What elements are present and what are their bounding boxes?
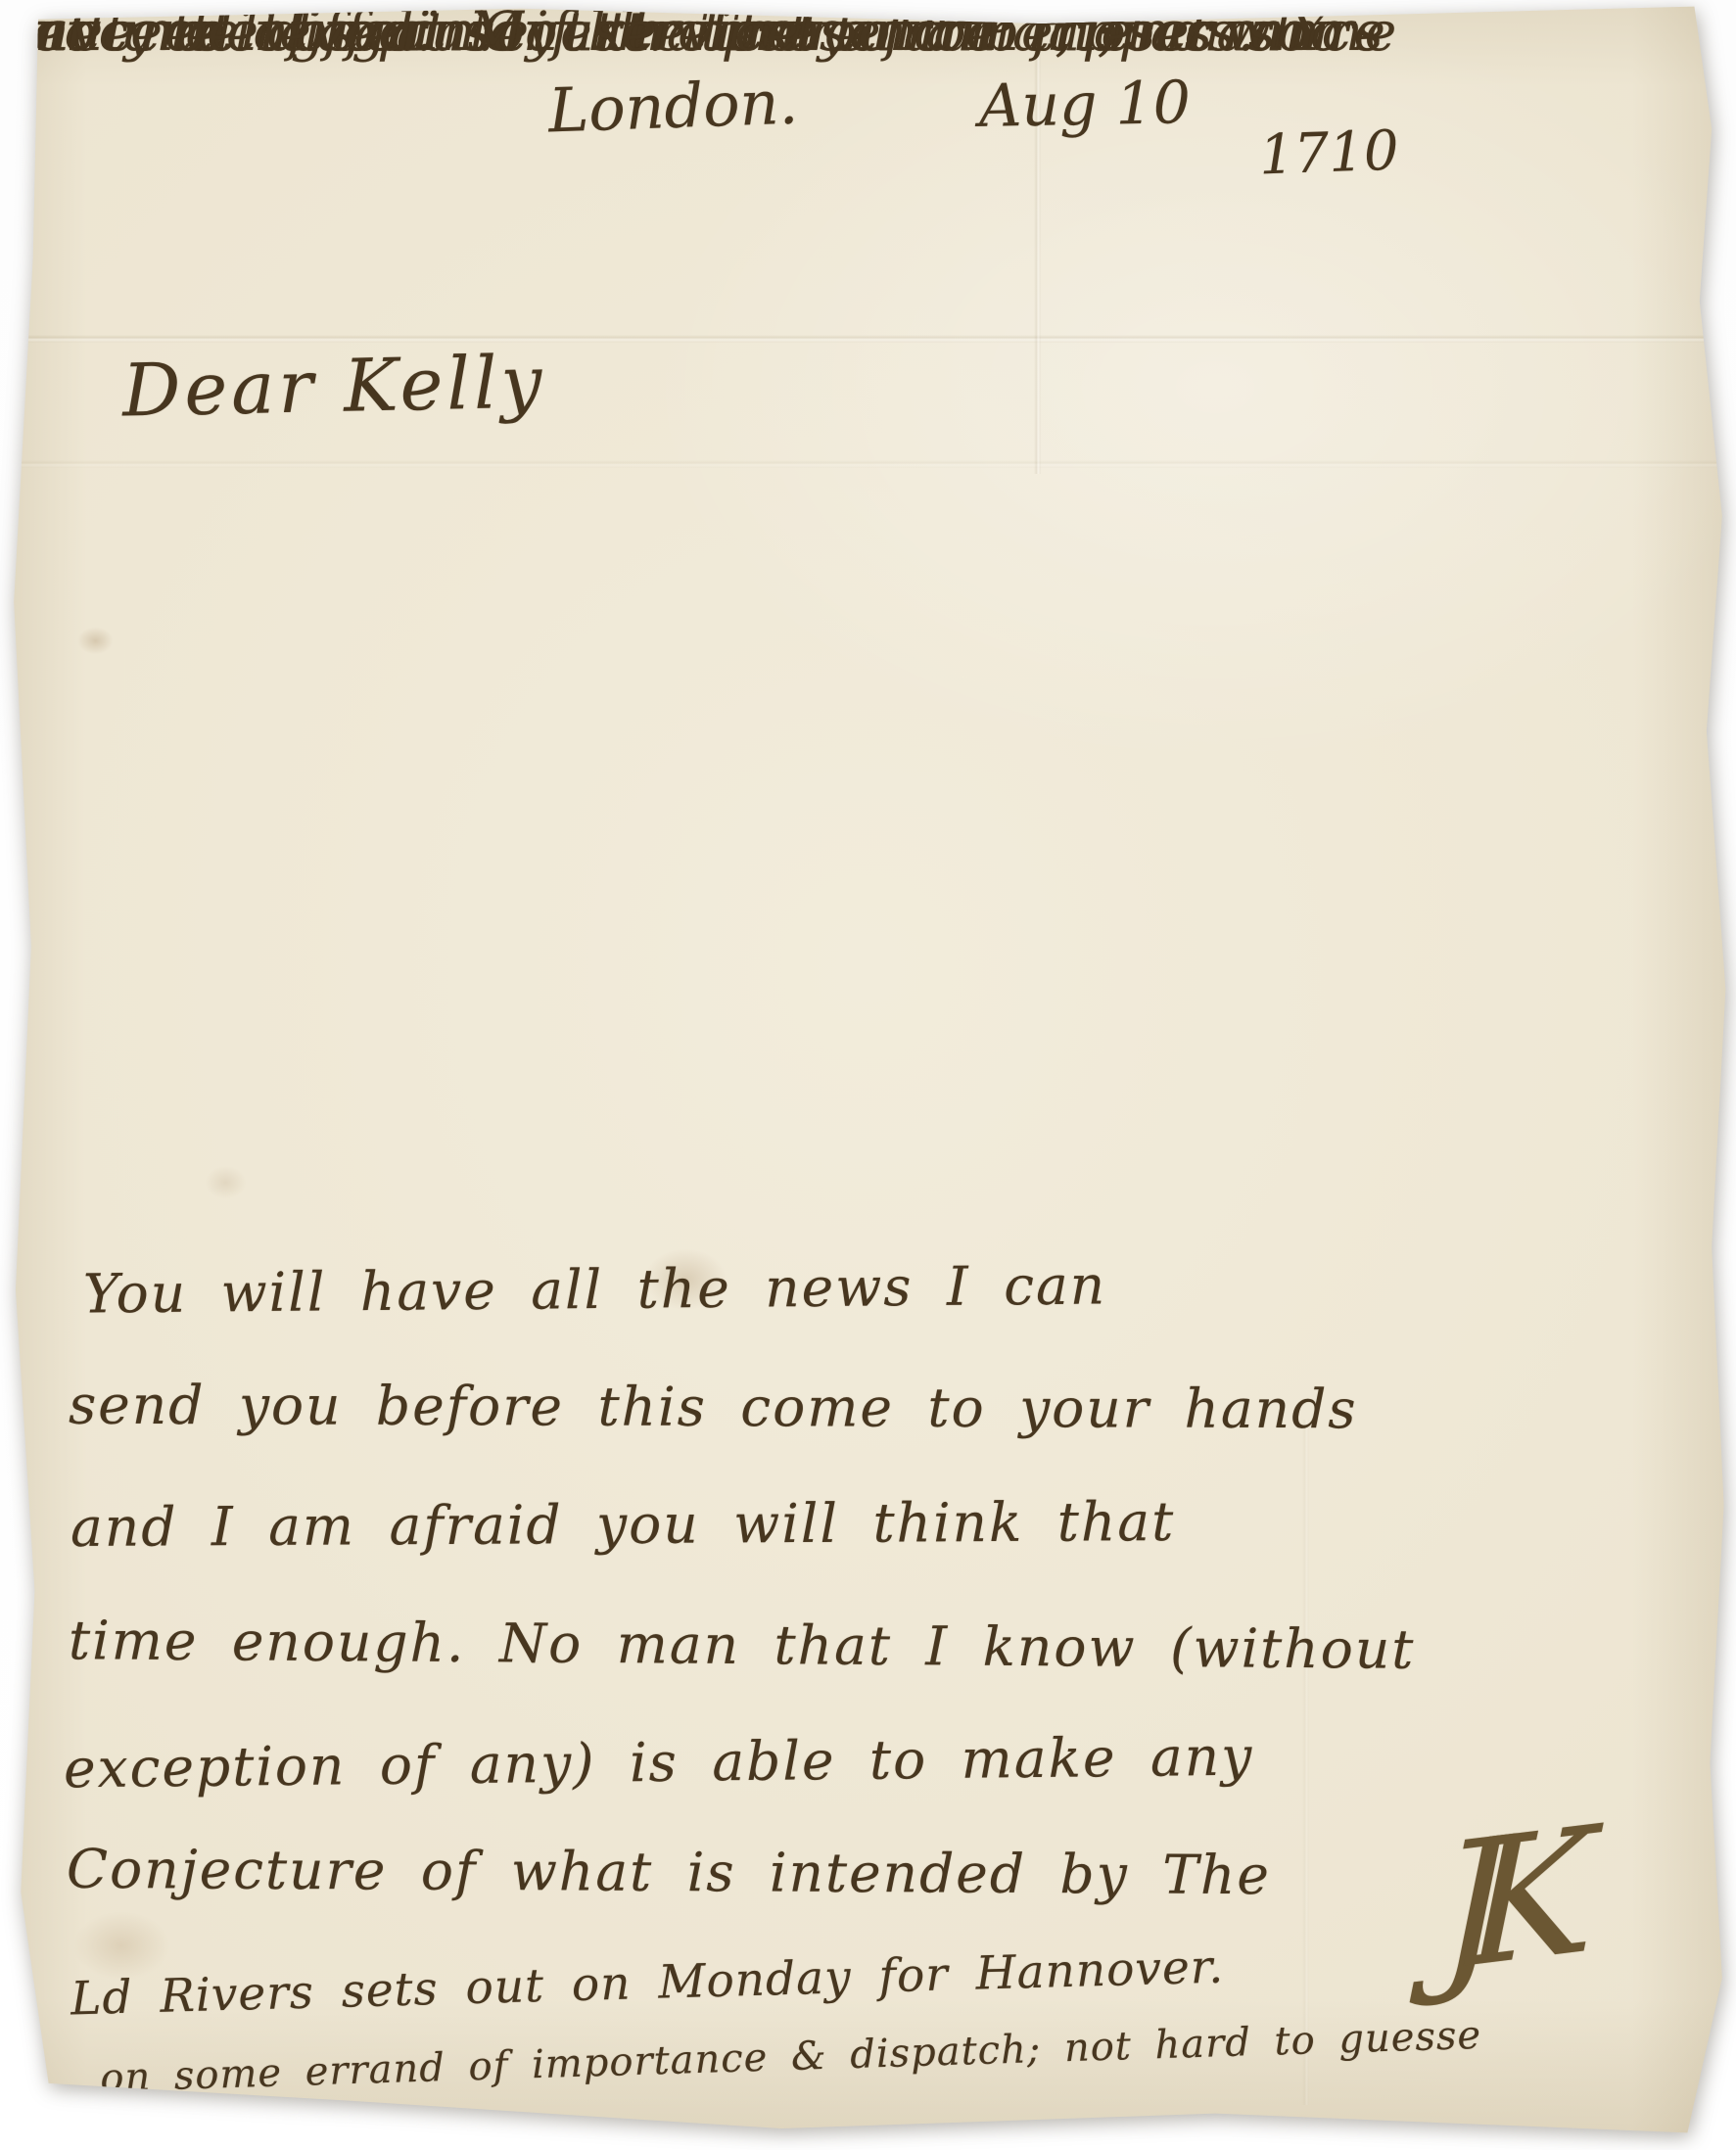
dateline-year: 1710 — [1258, 119, 1400, 188]
body-line: have believed. My service to all friends… — [0, 0, 1385, 63]
dateline-date: Aug 10 — [978, 69, 1191, 141]
fold-crease-horizontal — [0, 335, 1736, 343]
scanned-letter: London. Aug 10 1710 Dear Kelly You will … — [0, 0, 1736, 2150]
signature-monogram: JK — [1438, 1796, 1556, 2010]
dateline: London. Aug 10 1710 — [548, 70, 1398, 185]
body-line: You will have all the news I can — [83, 1253, 1107, 1325]
body-line: and I am afraid you will think that — [70, 1490, 1176, 1559]
body-line: time enough. No man that I know (without — [69, 1609, 1416, 1681]
salutation: Dear Kelly — [121, 340, 546, 433]
dateline-place: London. — [547, 67, 799, 147]
fold-crease-horizontal — [0, 460, 1736, 468]
postscript-line: on some errand of importance & dispatch;… — [100, 2013, 1482, 2101]
postscript-line: Ld Rivers sets out on Monday for Hannove… — [70, 1940, 1224, 2027]
body-line: send you before this come to your hands — [69, 1374, 1358, 1441]
letter-paper: London. Aug 10 1710 Dear Kelly You will … — [0, 0, 1736, 2150]
paper-shadow: London. Aug 10 1710 Dear Kelly You will … — [0, 0, 1736, 2150]
body-line: exception of any) is able to make any — [64, 1725, 1254, 1800]
fold-crease-vertical — [1302, 1420, 1309, 2105]
body-line: Conjecture of what is intended by The — [67, 1838, 1271, 1906]
